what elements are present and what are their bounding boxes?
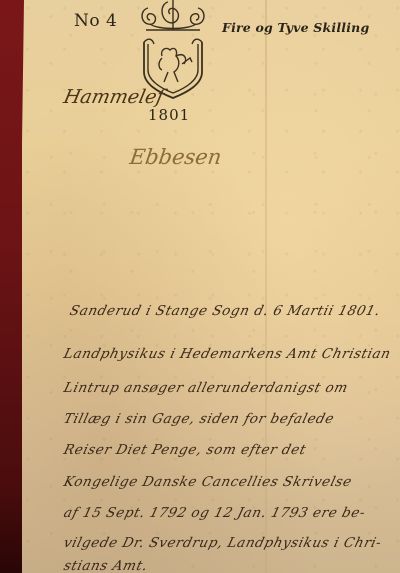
- paper-sheet: No 4 Fire og Tyve Skilling Ham: [22, 0, 400, 573]
- body-line: Tillæg i sin Gage, siden for befalede: [62, 411, 336, 427]
- stamp-number: No 4: [74, 11, 117, 31]
- stamp-year: 1801: [148, 106, 190, 124]
- dateline: Sanderud i Stange Sogn d. 6 Martii 1801.: [68, 303, 382, 319]
- name-signature: Ebbesen: [128, 145, 223, 169]
- body-line: Reiser Diet Penge, som efter det: [62, 442, 308, 458]
- top-signature: Hammelef: [62, 86, 166, 108]
- body-line: stians Amt.: [62, 558, 149, 573]
- royal-crest-icon: [138, 0, 208, 100]
- body-line: Landphysikus i Hedemarkens Amt Christian: [62, 346, 393, 362]
- stamp-value-text: Fire og Tyve Skilling: [222, 20, 369, 35]
- body-line: af 15 Sept. 1792 og 12 Jan. 1793 ere be-: [62, 505, 367, 521]
- body-line: vilgede Dr. Sverdrup, Landphysikus i Chr…: [62, 535, 383, 551]
- document-photo: No 4 Fire og Tyve Skilling Ham: [0, 0, 400, 573]
- body-line: Kongelige Danske Cancellies Skrivelse: [62, 474, 354, 490]
- body-line: Lintrup ansøger allerunderdanigst om: [62, 380, 350, 396]
